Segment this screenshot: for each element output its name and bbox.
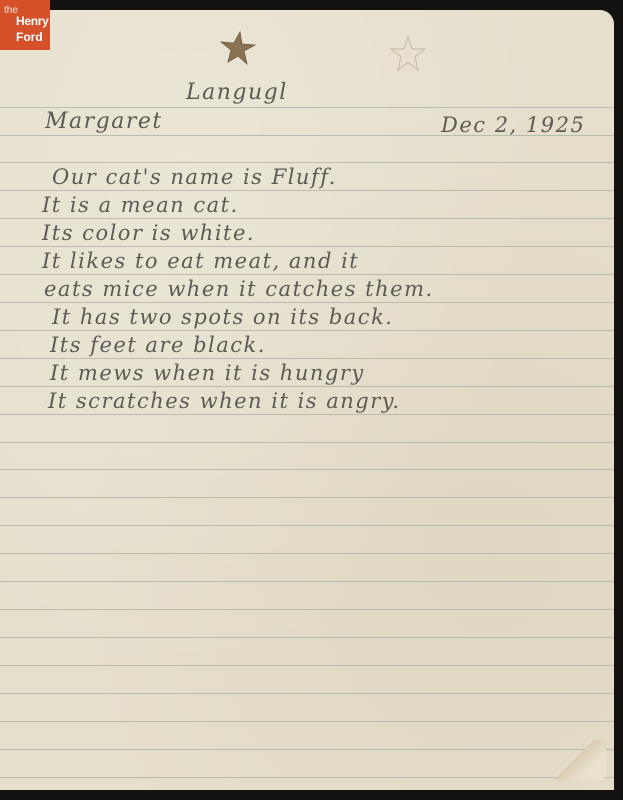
ruled-line xyxy=(0,386,614,387)
ruled-line xyxy=(0,442,614,443)
ruled-line xyxy=(0,609,614,610)
logo-ford: Ford xyxy=(16,30,43,44)
ruled-line xyxy=(0,721,614,722)
ruled-line xyxy=(0,637,614,638)
ruled-line xyxy=(0,358,614,359)
ruled-line xyxy=(0,414,614,415)
text-line: It mews when it is hungry xyxy=(50,361,365,385)
text-line: It likes to eat meat, and it xyxy=(42,249,359,273)
text-line: Its feet are black. xyxy=(50,333,266,357)
ruled-line xyxy=(0,469,614,470)
ruled-line xyxy=(0,749,614,750)
date: Dec 2, 1925 xyxy=(441,113,585,137)
logo-henry: Henry xyxy=(16,14,49,28)
ruled-line xyxy=(0,274,614,275)
student-name: Margaret xyxy=(45,109,163,134)
ruled-line xyxy=(0,581,614,582)
ruled-line xyxy=(0,777,614,778)
ruled-line xyxy=(0,330,614,331)
ruled-line xyxy=(0,190,614,191)
ruled-line xyxy=(0,302,614,303)
ruled-line xyxy=(0,218,614,219)
ruled-line xyxy=(0,525,614,526)
assignment-title: Langugl xyxy=(186,80,288,105)
folded-corner xyxy=(551,740,606,780)
ruled-line xyxy=(0,162,614,163)
text-line: It is a mean cat. xyxy=(42,193,239,217)
faded-star-icon xyxy=(388,35,428,73)
ruled-line xyxy=(0,497,614,498)
gold-star-icon xyxy=(219,30,257,66)
henry-ford-logo: the Henry Ford xyxy=(0,0,50,50)
text-line: Our cat's name is Fluff. xyxy=(52,165,337,189)
ruled-line xyxy=(0,665,614,666)
ruled-line xyxy=(0,246,614,247)
ruled-line xyxy=(0,553,614,554)
text-line: Its color is white. xyxy=(42,221,255,245)
text-line: It has two spots on its back. xyxy=(52,305,393,329)
text-line: It scratches when it is angry. xyxy=(48,389,401,413)
text-line: eats mice when it catches them. xyxy=(44,277,434,301)
ruled-line xyxy=(0,693,614,694)
ruled-line xyxy=(0,107,614,108)
